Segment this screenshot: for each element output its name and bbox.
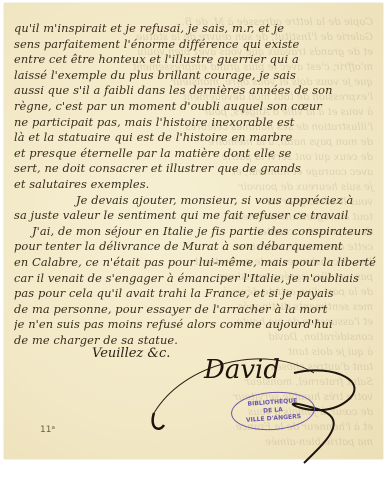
signature: David: [204, 355, 280, 385]
text-line: là et la statuaire qui est de l'histoire…: [14, 130, 380, 146]
text-line: qu'il m'inspirait et je refusai, je sais…: [14, 21, 380, 37]
text-line: je n'en suis pas moins refusé alors comm…: [14, 317, 380, 333]
margin-mark: 11ᵃ: [40, 425, 55, 435]
letter-body: qu'il m'inspirait et je refusai, je sais…: [14, 21, 380, 348]
text-line: aussi que s'il a faibli dans les dernièr…: [14, 83, 380, 99]
text-line: règne, c'est par un moment d'oubli auque…: [14, 99, 380, 115]
letter-page: Copie de la lettre adressée à M. de B...…: [4, 3, 383, 459]
text-line: en Calabre, ce n'était pas pour lui-même…: [14, 255, 380, 271]
text-line: J'ai, de mon séjour en Italie je fis par…: [14, 224, 380, 240]
text-line: laissé l'exemple du plus brillant courag…: [14, 68, 380, 84]
text-line: sens parfaitement l'énorme différence qu…: [14, 37, 380, 53]
text-line: entre cet être honteux et l'illustre gue…: [14, 52, 380, 68]
text-line: et presque éternelle par la matière dont…: [14, 146, 380, 162]
text-line: pas pour cela qu'il avait trahi la Franc…: [14, 286, 380, 302]
text-line: sa juste valeur le sentiment qui me fait…: [14, 208, 380, 224]
text-line: sert, ne doit consacrer et illustrer que…: [14, 161, 380, 177]
text-line: pour tenter la délivrance de Murat à son…: [14, 239, 380, 255]
text-line: Je devais ajouter, monsieur, si vous app…: [14, 193, 380, 209]
text-line: de ma personne, pour essayer de l'arrach…: [14, 302, 380, 318]
text-line: car il venait de s'engager à émanciper l…: [14, 271, 380, 287]
text-line: ne participait pas, mais l'histoire inex…: [14, 115, 380, 131]
text-line: et salutaires exemples.: [14, 177, 380, 193]
